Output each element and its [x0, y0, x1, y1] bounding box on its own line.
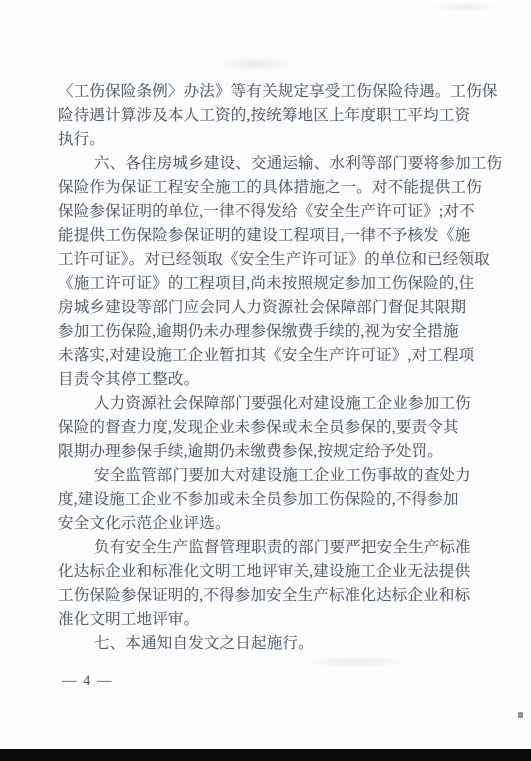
scan-smudge	[430, 2, 500, 12]
document-line: 《施工许可证》的工程项目,尚未按照规定参加工伤保险的,住	[58, 272, 474, 296]
document-line: 工许可证》。对已经领取《安全生产许可证》的单位和已经领取	[58, 248, 474, 272]
document-line: 房城乡建设等部门应会同人力资源社会保障部门督促其限期	[58, 296, 474, 320]
document-line: 度,建设施工企业不参加或未全员参加工伤保险的,不得参加	[58, 488, 474, 512]
document-line: 六、各住房城乡建设、交通运输、水利等部门要将参加工伤	[58, 152, 474, 176]
document-line: 准化文明工地评审。	[58, 608, 474, 632]
document-line: 化达标企业和标准化文明工地评审关,建设施工企业无法提供	[58, 560, 474, 584]
scan-smudge	[215, 56, 295, 72]
document-line: 限期办理参保手续,逾期仍未缴费参保,按规定给予处罚。	[58, 440, 474, 464]
document-line: 人力资源社会保障部门要强化对建设施工企业参加工伤	[58, 392, 474, 416]
document-line: 能提供工伤保险参保证明的建设工程项目,一律不予核发《施	[58, 224, 474, 248]
scanner-edge-bar	[0, 749, 531, 761]
document-line: 参加工伤保险,逾期仍未办理参保缴费手续的,视为安全措施	[58, 320, 474, 344]
document-line: 险待遇计算涉及本人工资的,按统筹地区上年度职工平均工资	[58, 104, 474, 128]
document-line: 保险的督查力度,发现企业未参保或未全员参保的,要责令其	[58, 416, 474, 440]
page-number: — 4 —	[62, 673, 113, 690]
scan-speck	[518, 712, 523, 718]
document-line: 目责令其停工整改。	[58, 368, 474, 392]
scanned-document-page: 〈工伤保险条例〉办法》等有关规定享受工伤保险待遇。工伤保 险待遇计算涉及本人工资…	[0, 0, 531, 761]
document-line: 保险作为保证工程安全施工的具体措施之一。对不能提供工伤	[58, 176, 474, 200]
document-line: 七、本通知自发文之日起施行。	[58, 632, 474, 656]
document-body: 〈工伤保险条例〉办法》等有关规定享受工伤保险待遇。工伤保 险待遇计算涉及本人工资…	[58, 80, 474, 656]
document-line: 未落实,对建设施工企业暂扣其《安全生产许可证》,对工程项	[58, 344, 474, 368]
document-line: 安全文化示范企业评选。	[58, 512, 474, 536]
document-line: 执行。	[58, 128, 474, 152]
document-line: 负有安全生产监督管理职责的部门要严把安全生产标准	[58, 536, 474, 560]
document-line: 保险参保证明的单位,一律不得发给《安全生产许可证》;对不	[58, 200, 474, 224]
scan-smudge	[300, 655, 410, 669]
document-line: 〈工伤保险条例〉办法》等有关规定享受工伤保险待遇。工伤保	[58, 80, 474, 104]
document-line: 工伤保险参保证明的,不得参加安全生产标准化达标企业和标	[58, 584, 474, 608]
document-line: 安全监管部门要加大对建设施工企业工伤事故的查处力	[58, 464, 474, 488]
